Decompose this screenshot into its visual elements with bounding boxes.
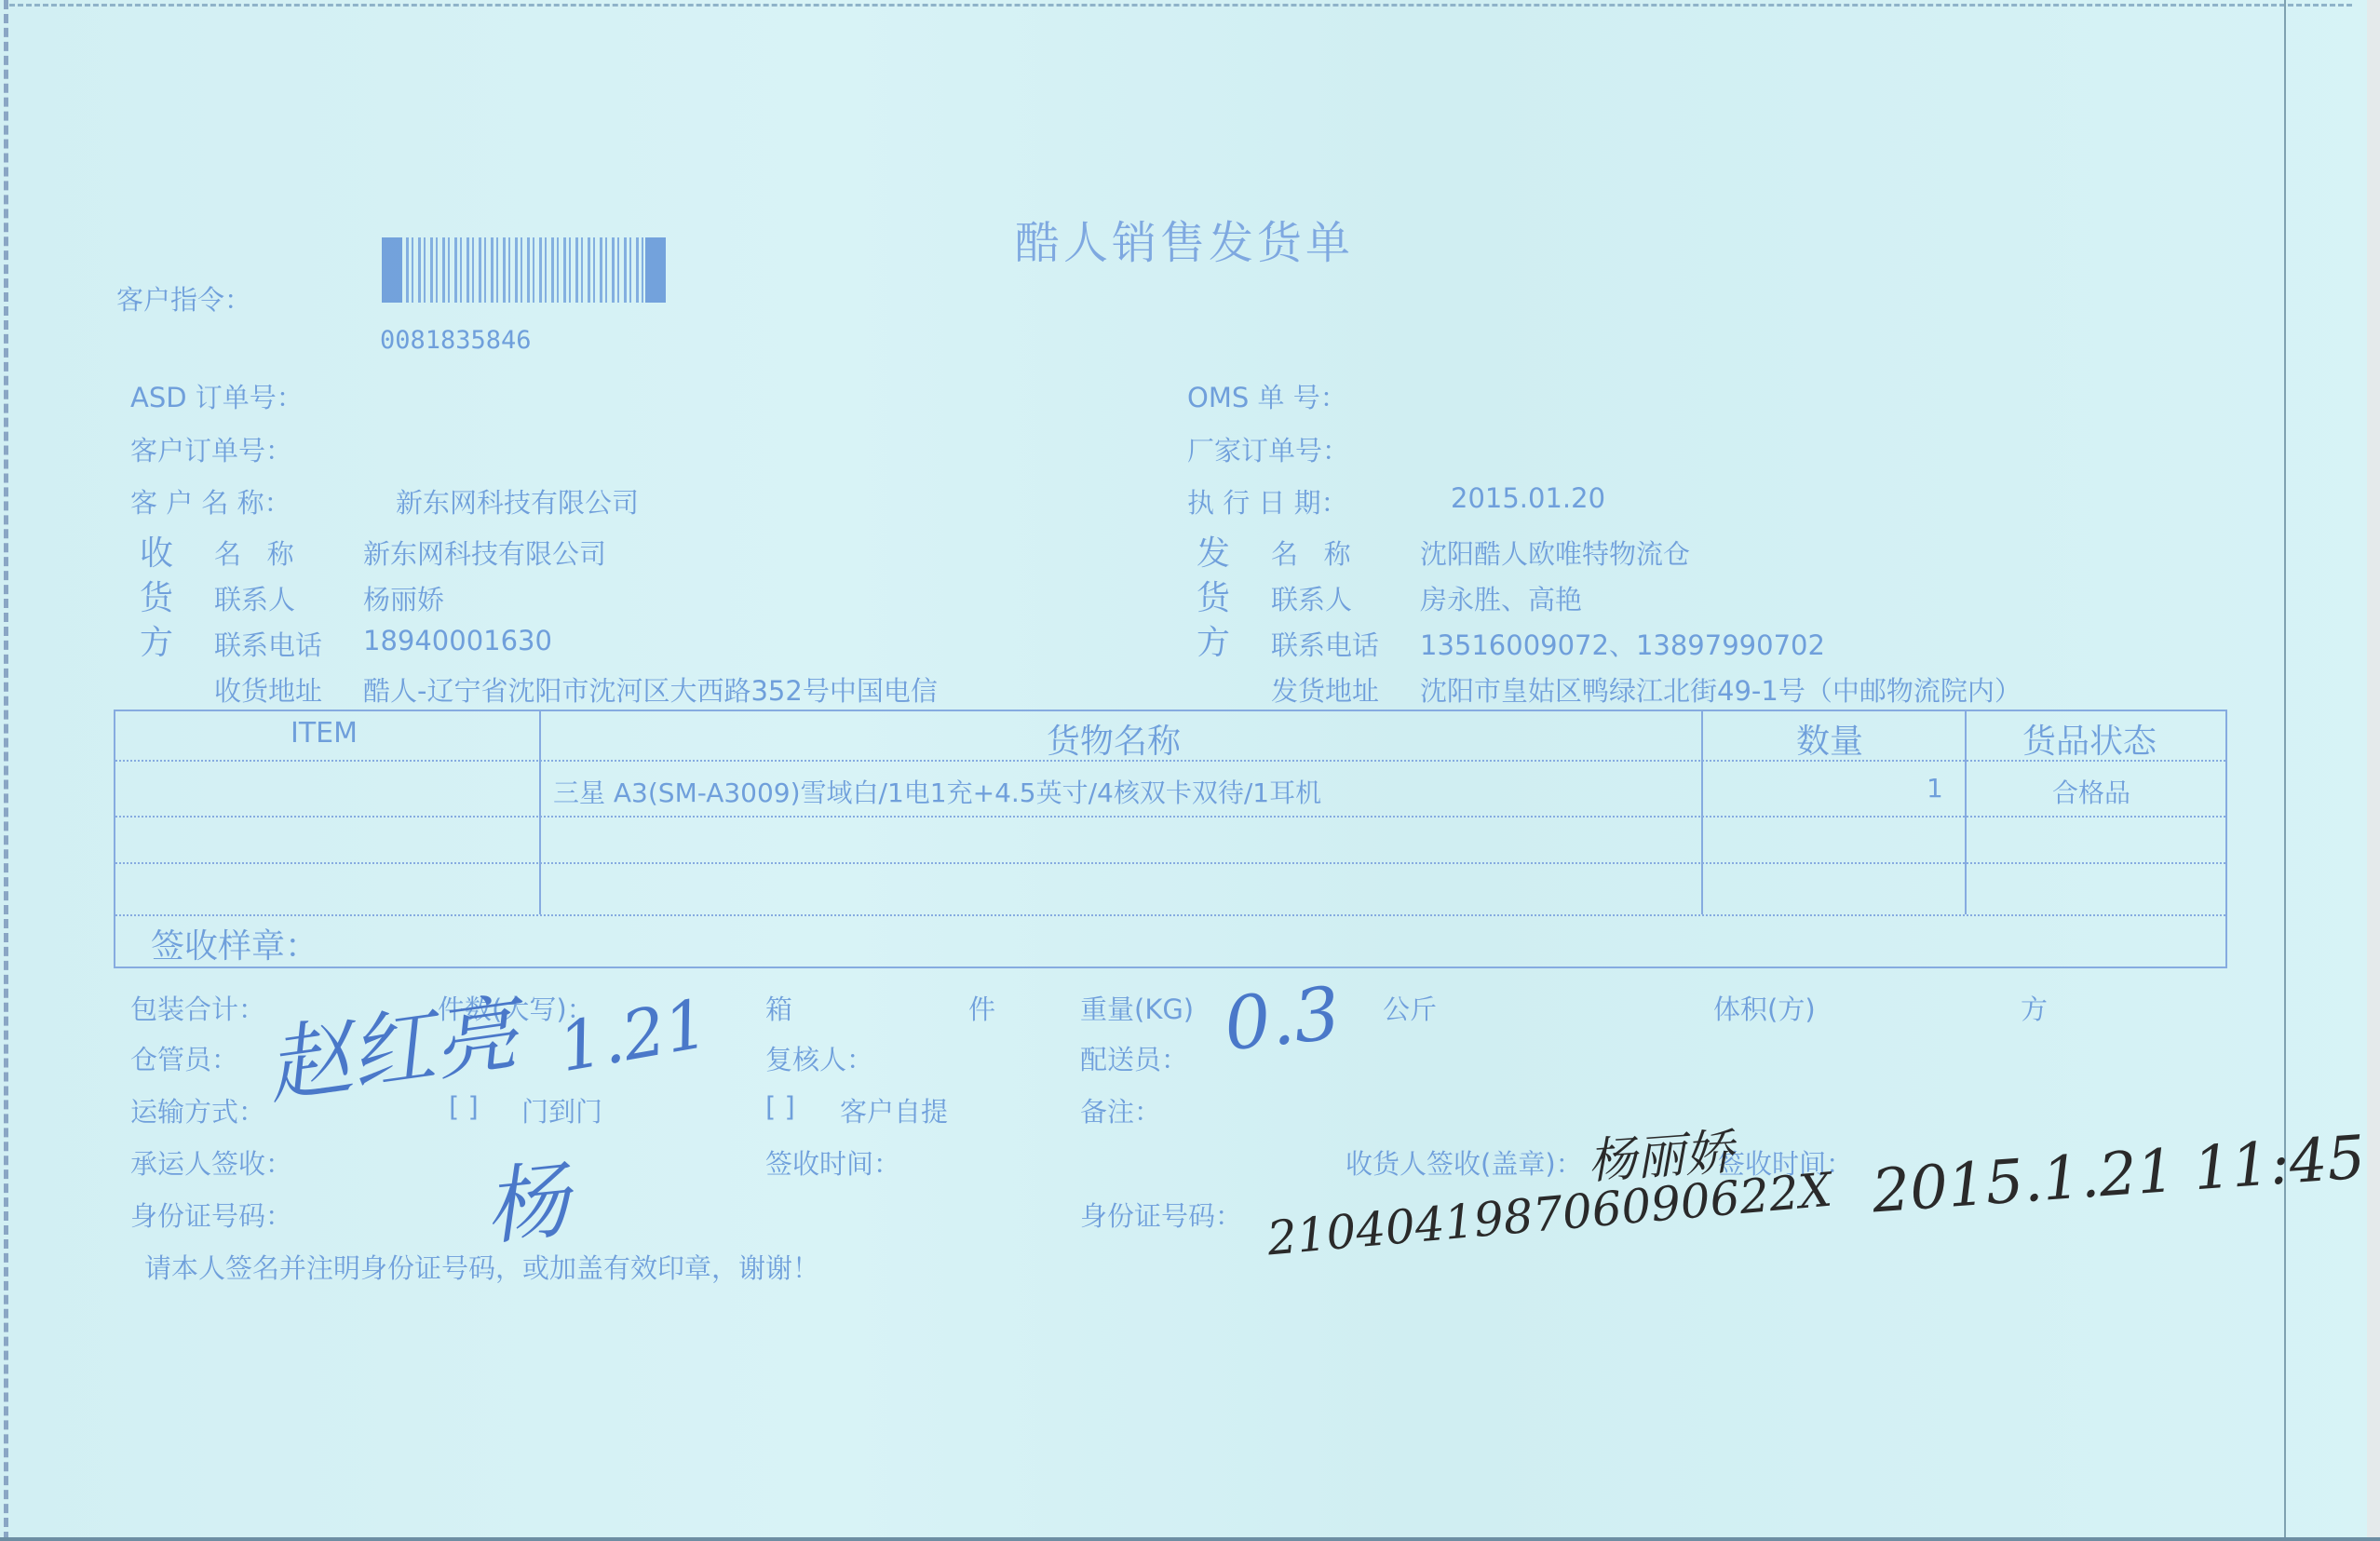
column-header-item: ITEM [291,717,358,750]
carrier-signature: 杨 [478,1132,574,1262]
consignee-sign-label: 收货人签收(盖章)： [1346,1143,1583,1182]
weight-label: 重量(KG) [1080,989,1194,1027]
column-divider [539,711,541,914]
sender-address-value: 沈阳市皇姑区鸭绿江北街49-1号（中邮物流院内） [1420,670,2022,709]
door-to-door-label: 门到门 [521,1091,602,1129]
receiver-address-value: 酷人-辽宁省沈阳市沈河区大西路352号中国电信 [363,670,938,709]
goods-table: ITEM 货物名称 数量 货品状态 三星 A3(SM-A3009)雪域白/1电1… [114,710,2227,968]
volume-unit: 方 [2021,989,2048,1027]
customer-order-label: 客户订单号： [130,430,292,468]
right-fold-line [2284,0,2286,1541]
exec-date-label: 执 行 日 期： [1187,482,1348,520]
customer-name-label: 客 户 名 称： [130,482,291,520]
top-perforation [9,4,2352,7]
customer-name-value: 新东网科技有限公司 [396,482,639,520]
reviewer-label: 复核人： [765,1039,873,1077]
receiver-phone-label: 联系电话 [214,625,322,663]
receiver-address-label: 收货地址 [214,670,322,709]
sender-contact-label: 联系人 [1271,579,1352,617]
row-quantity: 1 [1927,773,1943,804]
oms-order-label: OMS 单 号： [1187,377,1347,415]
consignee-sign-time: 2015.1.21 11:45 [1870,1124,2367,1227]
sender-name-label: 名 称 [1271,534,1351,572]
sender-side-char-2: 货 [1197,572,1230,619]
warehouse-keeper-signature: 赵红亮 [258,966,523,1120]
sender-contact-value: 房永胜、高艳 [1420,579,1582,617]
self-pickup-label: 客户自提 [840,1091,948,1129]
transport-method-label: 运输方式： [130,1091,265,1129]
receiver-name-value: 新东网科技有限公司 [363,534,606,572]
table-divider [115,914,2225,916]
customer-command-label: 客户指令： [116,279,251,318]
carrier-time-label: 签收时间： [765,1143,900,1182]
warehouse-keeper-label: 仓管员： [130,1039,238,1077]
package-total-label: 包装合计： [130,989,265,1027]
receiver-side-char-3: 方 [140,616,173,664]
id-number-label-left: 身份证号码： [130,1196,292,1234]
exec-date-value: 2015.01.20 [1451,482,1605,514]
document-title: 酷人销售发货单 [1015,207,1354,271]
sender-name-value: 沈阳酷人欧唯特物流仓 [1420,534,1690,572]
column-header-goods-name: 货物名称 [1047,715,1181,763]
sign-stamp-label: 签收样章： [151,920,318,967]
box-label: 箱 [765,989,792,1027]
barcode-number: 0081835846 [380,326,532,355]
id-number-label-right: 身份证号码： [1080,1196,1242,1234]
receiver-contact-label: 联系人 [214,579,295,617]
receiver-side-char-1: 收 [140,527,173,574]
row-goods-name: 三星 A3(SM-A3009)雪域白/1电1充+4.5英寸/4核双卡双待/1耳机 [553,773,1321,810]
column-divider [1701,711,1703,914]
table-divider [115,862,2225,864]
bottom-edge [0,1537,2380,1541]
volume-label: 体积(方) [1713,989,1816,1027]
receiver-name-label: 名 称 [214,534,294,572]
sender-phone-value: 13516009072、13897990702 [1420,625,1825,663]
receiver-contact-value: 杨丽娇 [363,579,444,617]
asd-order-label: ASD 订单号： [130,377,304,415]
delivery-note-paper: 酷人销售发货单 客户指令： 0081835846 ASD 订单号： 客户订单号：… [0,0,2380,1541]
weight-value: 0.3 [1221,972,1345,1067]
sender-address-label: 发货地址 [1271,670,1379,709]
left-perforation [4,0,8,1541]
sender-side-char-3: 方 [1197,616,1230,664]
receiver-phone-value: 18940001630 [363,625,552,656]
column-header-quantity: 数量 [1796,715,1863,763]
row-status: 合格品 [2052,773,2130,810]
factory-order-label: 厂家订单号： [1187,430,1349,468]
table-divider [115,816,2225,818]
notice-text: 请本人签名并注明身份证号码，或加盖有效印章，谢谢！ [144,1248,819,1286]
weight-unit: 公斤 [1383,989,1437,1027]
sender-side-char-1: 发 [1197,527,1230,574]
piece-label: 件 [968,989,995,1027]
receiver-side-char-2: 货 [140,572,173,619]
right-edge [2367,0,2380,1541]
barcode-icon [382,237,666,303]
door-to-door-checkbox[interactable]: [ ] [449,1091,479,1123]
carrier-sign-label: 承运人签收： [130,1143,292,1182]
sender-phone-label: 联系电话 [1271,625,1379,663]
delivery-person-label: 配送员： [1080,1039,1188,1077]
self-pickup-checkbox[interactable]: [ ] [765,1091,795,1123]
column-header-status: 货品状态 [2022,715,2157,763]
remark-label: 备注： [1080,1091,1161,1129]
column-divider [1965,711,1967,914]
